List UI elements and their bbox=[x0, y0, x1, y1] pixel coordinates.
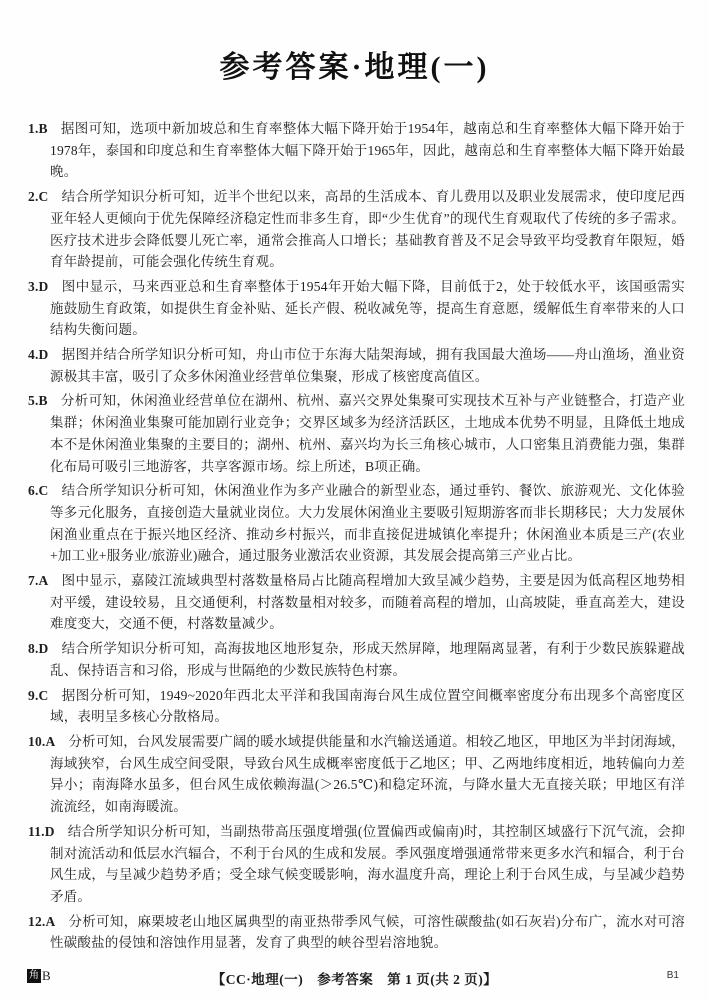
answer-text: 分析可知，台风发展需要广阔的暖水域提供能量和水汽输送通道。相较乙地区，甲地区为半… bbox=[50, 734, 685, 814]
answers-list: 1.B据图可知，选项中新加坡总和生育率整体大幅下降开始于1954年，越南总和生育… bbox=[0, 86, 709, 954]
document-page: 参考答案·地理(一) 1.B据图可知，选项中新加坡总和生育率整体大幅下降开始于1… bbox=[0, 0, 709, 1000]
answer-text: 分析可知，休闲渔业经营单位在湖州、杭州、嘉兴交界处集聚可实现技术互补与产业链整合… bbox=[50, 393, 685, 473]
answer-text: 据图并结合所学知识分析可知，舟山市位于东海大陆架海域，拥有我国最大渔场——舟山渔… bbox=[50, 347, 685, 384]
answer-label: 12.A bbox=[28, 914, 55, 929]
answer-label: 9.C bbox=[28, 688, 48, 703]
answer-label: 1.B bbox=[28, 121, 48, 136]
answer-label: 10.A bbox=[28, 734, 55, 749]
answer-item-12: 12.A分析可知，麻栗坡老山地区属典型的南亚热带季风气候，可溶性碳酸盐(如石灰岩… bbox=[28, 911, 685, 954]
answer-item-1: 1.B据图可知，选项中新加坡总和生育率整体大幅下降开始于1954年，越南总和生育… bbox=[28, 118, 685, 183]
answer-text: 分析可知，麻栗坡老山地区属典型的南亚热带季风气候，可溶性碳酸盐(如石灰岩)分布广… bbox=[50, 914, 685, 951]
answer-item-9: 9.C据图分析可知，1949~2020年西北太平洋和我国南海台风生成位置空间概率… bbox=[28, 685, 685, 728]
answer-label: 6.C bbox=[28, 483, 48, 498]
page-title: 参考答案·地理(一) bbox=[0, 0, 709, 86]
answer-text: 结合所学知识分析可知，近半个世纪以来，高昂的生活成本、育儿费用以及职业发展需求，… bbox=[50, 189, 685, 269]
answer-item-2: 2.C结合所学知识分析可知，近半个世纪以来，高昂的生活成本、育儿费用以及职业发展… bbox=[28, 186, 685, 273]
answer-text: 图中显示，嘉陵江流域典型村落数量格局占比随高程增加大致呈减少趋势，主要是因为低高… bbox=[50, 573, 685, 631]
answer-label: 7.A bbox=[28, 573, 48, 588]
answer-item-6: 6.C结合所学知识分析可知，休闲渔业作为多产业融合的新型业态，通过垂钓、餐饮、旅… bbox=[28, 480, 685, 567]
answer-item-8: 8.D结合所学知识分析可知，高海拔地区地形复杂，形成天然屏障，地理隔离显著，有利… bbox=[28, 638, 685, 681]
page-code: B1 bbox=[667, 970, 679, 981]
answer-text: 图中显示，马来西亚总和生育率整体于1954年开始大幅下降，目前低于2，处于较低水… bbox=[50, 279, 685, 337]
answer-item-5: 5.B分析可知，休闲渔业经营单位在湖州、杭州、嘉兴交界处集聚可实现技术互补与产业… bbox=[28, 390, 685, 477]
answer-item-7: 7.A图中显示，嘉陵江流域典型村落数量格局占比随高程增加大致呈减少趋势，主要是因… bbox=[28, 570, 685, 635]
page-footer: 角B 【CC·地理(一) 参考答案 第 1 页(共 2 页)】 B1 bbox=[0, 968, 709, 986]
answer-text: 据图可知，选项中新加坡总和生育率整体大幅下降开始于1954年，越南总和生育率整体… bbox=[50, 121, 685, 179]
answer-text: 结合所学知识分析可知，高海拔地区地形复杂，形成天然屏障，地理隔离显著，有利于少数… bbox=[50, 641, 685, 678]
answer-item-4: 4.D据图并结合所学知识分析可知，舟山市位于东海大陆架海域，拥有我国最大渔场——… bbox=[28, 344, 685, 387]
answer-label: 2.C bbox=[28, 189, 48, 204]
answer-label: 4.D bbox=[28, 347, 48, 362]
answer-text: 结合所学知识分析可知，休闲渔业作为多产业融合的新型业态，通过垂钓、餐饮、旅游观光… bbox=[50, 483, 685, 563]
answer-item-11: 11.D结合所学知识分析可知，当副热带高压强度增强(位置偏西或偏南)时，其控制区… bbox=[28, 821, 685, 908]
answer-label: 5.B bbox=[28, 393, 48, 408]
answer-item-10: 10.A分析可知，台风发展需要广阔的暖水域提供能量和水汽输送通道。相较乙地区，甲… bbox=[28, 731, 685, 818]
answer-item-3: 3.D图中显示，马来西亚总和生育率整体于1954年开始大幅下降，目前低于2，处于… bbox=[28, 276, 685, 341]
answer-label: 3.D bbox=[28, 279, 48, 294]
answer-label: 11.D bbox=[28, 824, 55, 839]
answer-text: 结合所学知识分析可知，当副热带高压强度增强(位置偏西或偏南)时，其控制区域盛行下… bbox=[50, 824, 685, 904]
answer-text: 据图分析可知，1949~2020年西北太平洋和我国南海台风生成位置空间概率密度分… bbox=[50, 688, 685, 725]
footer-caption: 【CC·地理(一) 参考答案 第 1 页(共 2 页)】 bbox=[0, 968, 709, 988]
answer-label: 8.D bbox=[28, 641, 48, 656]
